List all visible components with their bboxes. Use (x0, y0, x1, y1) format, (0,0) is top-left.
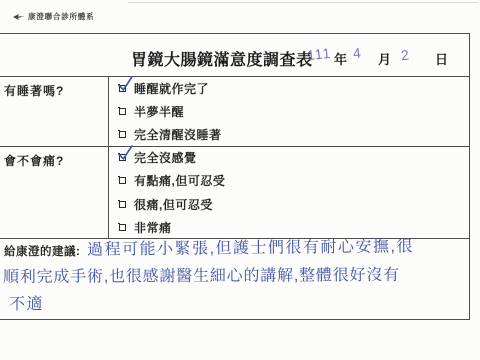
date-month-label: 月 (378, 49, 391, 68)
option-label: 睡醒就作完了 (134, 80, 209, 97)
survey-table: 胃鏡大腸鏡滿意度調查表 111 年 4 月 2 日 有睡著嗎? 睡醒就作完了 半… (0, 33, 470, 320)
clinic-logo: 康澄聯合診所體系 (13, 11, 94, 22)
table-divider (0, 76, 469, 77)
option-fully-awake: 完全清醒沒睡著 (119, 127, 222, 141)
clinic-logo-text: 康澄聯合診所體系 (28, 11, 94, 22)
table-divider (0, 146, 469, 147)
checkbox-icon (119, 154, 126, 161)
checkbox-icon (119, 131, 126, 138)
table-column-divider (108, 76, 109, 238)
swallow-mark-icon (13, 13, 24, 21)
form-title: 胃鏡大腸鏡滿意度調查表 (131, 47, 313, 70)
option-very-painful: 很痛,但可忍受 (119, 197, 213, 211)
option-no-feeling: 完全沒感覺 (119, 150, 197, 164)
handwritten-comment-line-2: 順利完成手術,也很感謝醫生細心的講解,整體很好沒有 (3, 262, 400, 287)
date-day-label: 日 (435, 49, 448, 68)
checkbox-icon (119, 177, 126, 184)
scan-artifact-line (128, 2, 478, 3)
question-sleep-label: 有睡著嗎? (4, 82, 64, 99)
option-label: 半夢半醒 (134, 103, 184, 120)
option-label: 很痛,但可忍受 (134, 196, 213, 213)
option-half-asleep: 半夢半醒 (119, 104, 184, 118)
date-month-value: 4 (352, 45, 362, 62)
suggestion-label: 給康澄的建議: (4, 243, 80, 259)
date-day-value: 2 (400, 47, 410, 64)
checkbox-icon (119, 108, 126, 115)
option-label: 完全清醒沒睡著 (134, 126, 222, 143)
handwritten-comment-line-1: 過程可能小緊張,但護士們很有耐心安撫,很 (87, 233, 414, 259)
option-woke-up-done: 睡醒就作完了 (119, 81, 209, 95)
option-label: 完全沒感覺 (134, 149, 197, 166)
date-year-value: 111 (306, 45, 332, 63)
option-extremely-painful: 非常痛 (119, 220, 172, 234)
checkbox-icon (119, 201, 126, 208)
question-pain-label: 會不會痛? (4, 152, 64, 169)
option-label: 有點痛,但可忍受 (134, 172, 225, 189)
checkbox-icon (119, 85, 126, 92)
checkmark-icon (117, 76, 134, 93)
checkmark-icon (117, 145, 134, 162)
option-label: 非常痛 (134, 219, 172, 236)
handwritten-comment-line-3: 不適 (9, 291, 44, 314)
option-slight-pain: 有點痛,但可忍受 (119, 173, 225, 187)
scanned-survey-form: 康澄聯合診所體系 胃鏡大腸鏡滿意度調查表 111 年 4 月 2 日 有睡著嗎?… (0, 0, 480, 360)
checkbox-icon (119, 224, 126, 231)
date-year-label: 年 (334, 49, 347, 68)
